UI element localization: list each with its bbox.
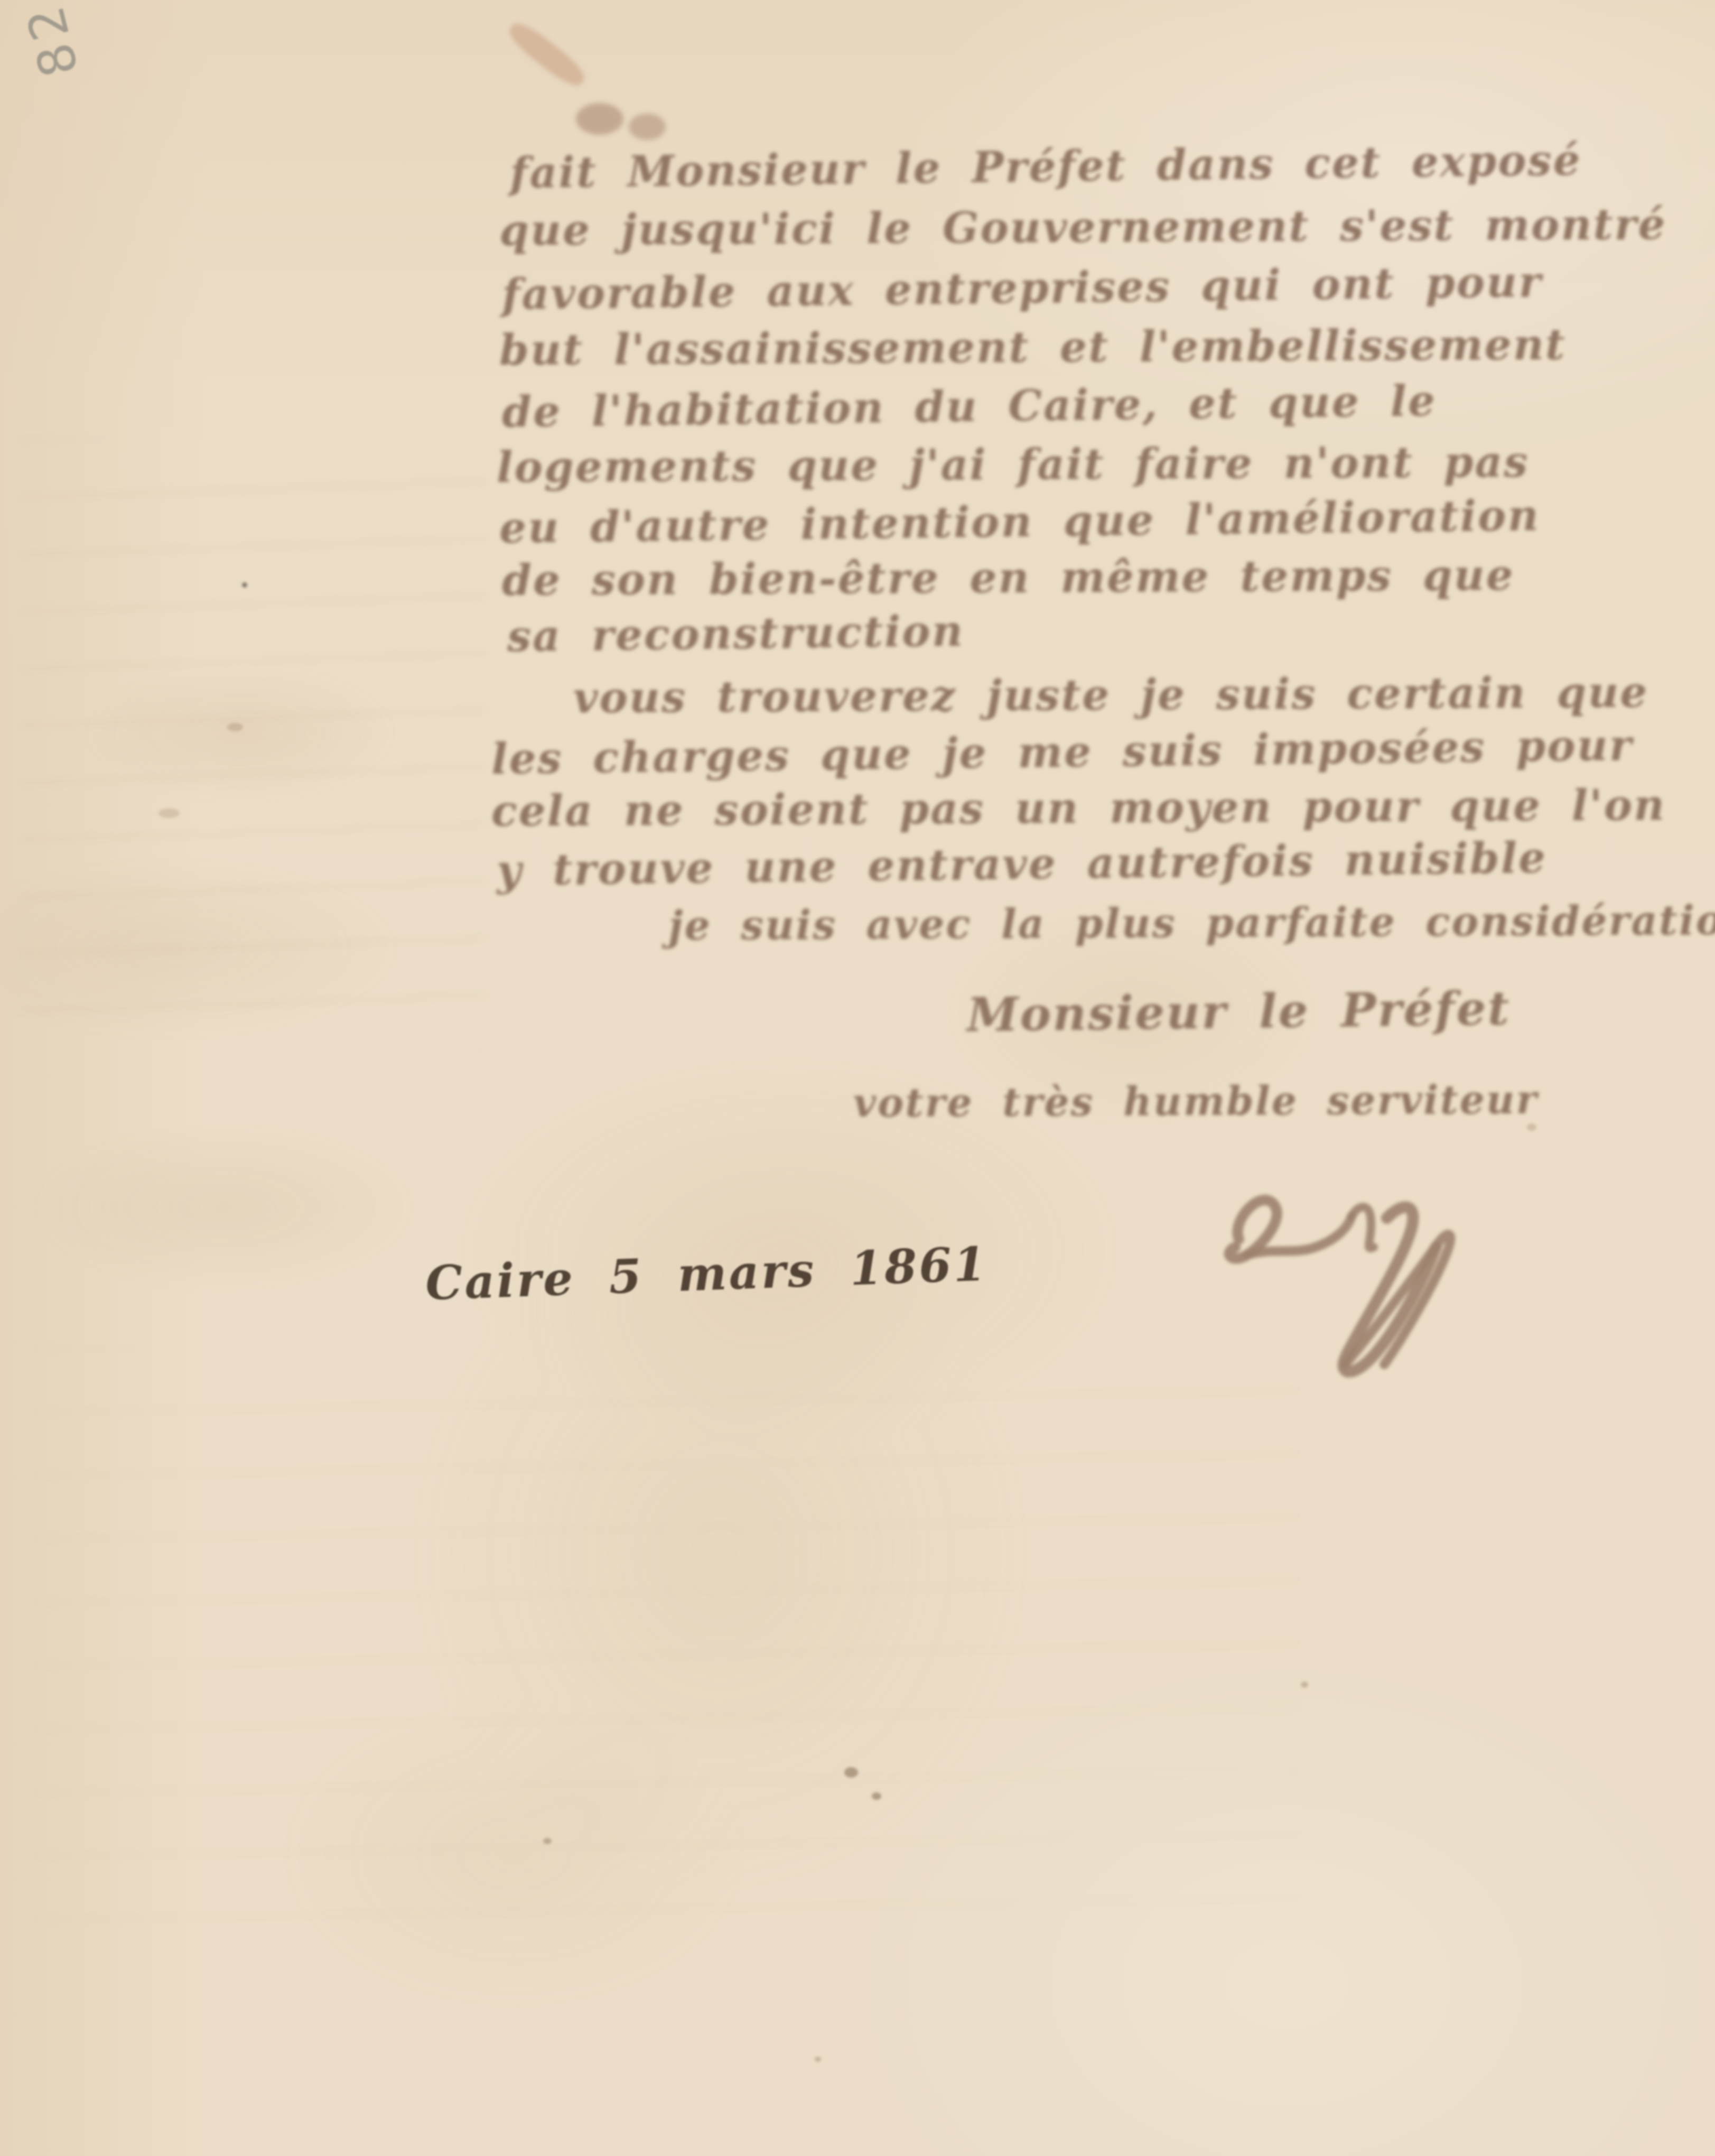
foxing-speck	[815, 2057, 821, 2062]
foxing-speck	[242, 582, 247, 588]
foxing-speck	[872, 1792, 881, 1800]
letter-line: cela ne soient pas un moyen pour que l'o…	[491, 780, 1666, 836]
letter-line: but l'assainissement et l'embellissement	[499, 320, 1567, 375]
foxing-speck	[844, 1767, 858, 1778]
valediction-line: votre très humble serviteur	[853, 1077, 1539, 1127]
foxing-speck	[1301, 1681, 1308, 1688]
letter-line: de son bien-être en même temps que	[502, 550, 1515, 605]
closing-line: je suis avec la plus parfaite considérat…	[668, 897, 1715, 950]
letter-line: logements que j'ai fait faire n'ont pas	[497, 437, 1530, 492]
foxing-speck	[1527, 1123, 1536, 1131]
letter-line: que jusqu'ici le Gouvernement s'est mont…	[499, 199, 1667, 255]
foxing-speck	[227, 723, 243, 731]
letter-line: sa reconstruction	[507, 606, 964, 662]
foxing-speck	[543, 1838, 552, 1844]
show-through-streaks	[21, 439, 486, 1052]
signature-flourish	[1210, 1168, 1537, 1395]
ink-smudge	[629, 114, 666, 140]
address-line: Monsieur le Préfet	[966, 981, 1511, 1043]
ink-smudge	[576, 103, 623, 135]
show-through-streaks-lower	[32, 1347, 1300, 1929]
foxing-speck	[159, 808, 180, 818]
letter-scan: { "page": { "pencil_number": "82", "colo…	[0, 0, 1715, 2156]
letter-line: vous trouverez juste je suis certain que	[573, 667, 1649, 723]
